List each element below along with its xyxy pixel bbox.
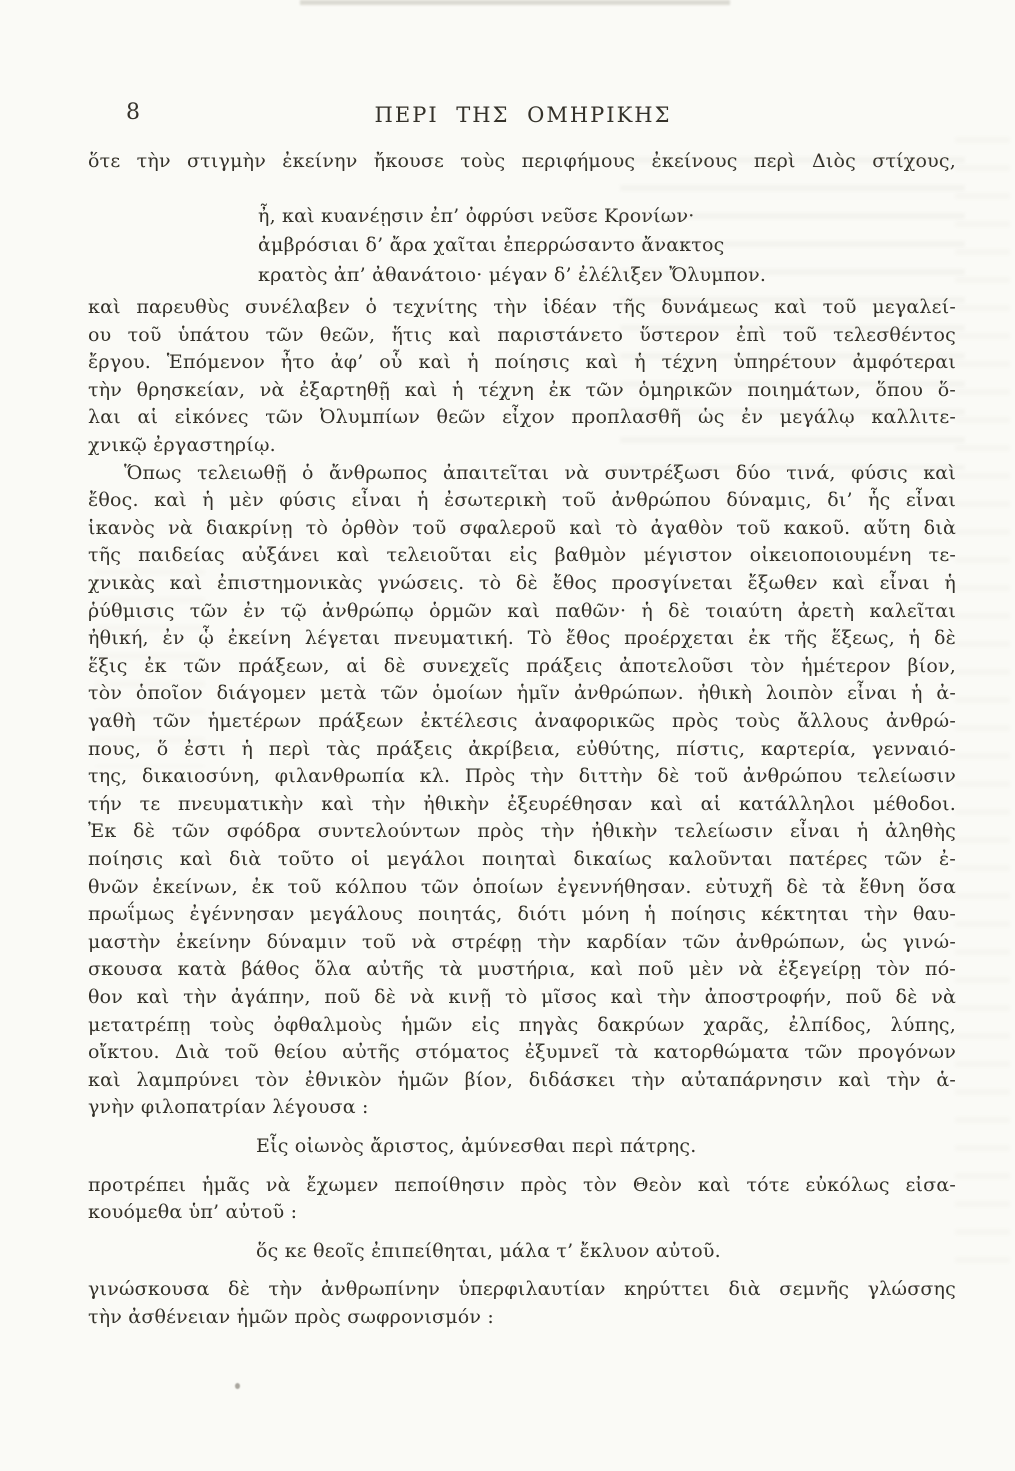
scan-edge-artifact bbox=[300, 0, 730, 5]
text-line: γαθὴ τῶν ἡμετέρων πράξεων ἐκτέλεσις ἀναφ… bbox=[88, 708, 956, 736]
text-line: πους, ὅ ἐστι ἡ περὶ τὰς πράξεις ἀκρίβεια… bbox=[88, 736, 956, 764]
text-line: ἱκανὸς νὰ διακρίνῃ τὸ ὀρθὸν τοῦ σφαλεροῦ… bbox=[88, 515, 956, 543]
text-line: ποίησις καὶ διὰ τοῦτο οἱ μεγάλοι ποιηταὶ… bbox=[88, 846, 956, 874]
text-line: της, δικαιοσύνη, φιλανθρωπία κλ. Πρὸς τὴ… bbox=[88, 763, 956, 791]
text-line: ὅτε τὴν στιγμὴν ἐκείνην ἤκουσε τοὺς περι… bbox=[88, 148, 956, 176]
text-line: κουόμεθα ὑπ’ αὐτοῦ : bbox=[88, 1199, 956, 1227]
text-line: χνικὰς καὶ ἐπιστημονικὰς γνώσεις. τὸ δὲ … bbox=[88, 570, 956, 598]
text-line: οἴκτου. Διὰ τοῦ θείου αὐτῆς στόματος ἐξυ… bbox=[88, 1039, 956, 1067]
text-line: τὴν θρησκείαν, νὰ ἐξαρτηθῇ καὶ ἡ τέχνη ἐ… bbox=[88, 377, 956, 405]
text-line: τὸν ὁποῖον διάγομεν μετὰ τῶν ὁμοίων ἡμῖν… bbox=[88, 680, 956, 708]
text-line: ἦ, καὶ κυανέῃσιν ἐπ’ ὀφρύσι νεῦσε Κρονίω… bbox=[258, 202, 956, 232]
text-line: ἔργου. Ἑπόμενον ἦτο ἀφ’ οὗ καὶ ἡ ποίησις… bbox=[88, 349, 956, 377]
paragraph-block: προτρέπει ἡμᾶς νὰ ἔχωμεν πεποίθησιν πρὸς… bbox=[88, 1172, 956, 1227]
running-title: ΠΕΡΙ ΤΗΣ ΟΜΗΡΙΚΗΣ bbox=[90, 103, 956, 127]
text-line: θνῶν ἐκείνων, ἐκ τοῦ κόλπου τῶν ὁποίων ἐ… bbox=[88, 874, 956, 902]
text-line: κρατὸς ἀπ’ ἀθανάτοιο· μέγαν δ’ ἐλέλιξεν … bbox=[258, 261, 956, 291]
text-line: ἔθος. καὶ ἡ μὲν φύσις εἶναι ἡ ἐσωτερικὴ … bbox=[88, 487, 956, 515]
text-line: ῥύθμισις τῶν ἐν τῷ ἀνθρώπῳ ὁρμῶν καὶ παθ… bbox=[88, 598, 956, 626]
quote-block: Εἷς οἰωνὸς ἄριστος, ἀμύνεσθαι περὶ πάτρη… bbox=[256, 1133, 956, 1161]
text-line: προτρέπει ἡμᾶς νὰ ἔχωμεν πεποίθησιν πρὸς… bbox=[88, 1172, 956, 1200]
text-line: θον καὶ τὴν ἀγάπην, ποῦ δὲ νὰ κινῇ τὸ μῖ… bbox=[88, 984, 956, 1012]
text-line: καὶ λαμπρύνει τὸν ἐθνικὸν ἡμῶν βίον, διδ… bbox=[88, 1067, 956, 1095]
text-line: λαι αἱ εἰκόνες τῶν Ὀλυμπίων θεῶν εἶχον π… bbox=[88, 404, 956, 432]
quote-block: ὅς κε θεοῖς ἐπιπείθηται, μάλα τ’ ἔκλυον … bbox=[256, 1238, 956, 1266]
text-line: ἀμβρόσιαι δ’ ἄρα χαῖται ἐπερρώσαντο ἄνακ… bbox=[258, 231, 956, 261]
scan-bleedthrough-artifact bbox=[955, 120, 1010, 1270]
text-line: τήν τε πνευματικὴν καὶ τὴν ἠθικὴν ἐξευρέ… bbox=[88, 791, 956, 819]
text-line: ου τοῦ ὑπάτου τῶν θεῶν, ἥτις καὶ παριστά… bbox=[88, 322, 956, 350]
text-line: μαστὴν ἐκείνην δύναμιν τοῦ νὰ στρέφῃ τὴν… bbox=[88, 929, 956, 957]
text-line: τῆς παιδείας αὐξάνει καὶ τελειοῦται εἰς … bbox=[88, 542, 956, 570]
paragraph-block: καὶ παρευθὺς συνέλαβεν ὁ τεχνίτης τὴν ἰδ… bbox=[88, 294, 956, 460]
text-line: Ἐκ δὲ τῶν σφόδρα συντελούντων πρὸς τὴν ἠ… bbox=[88, 818, 956, 846]
text-line: καὶ παρευθὺς συνέλαβεν ὁ τεχνίτης τὴν ἰδ… bbox=[88, 294, 956, 322]
text-line: σκουσα κατὰ βάθος ὅλα αὐτῆς τὰ μυστήρια,… bbox=[88, 956, 956, 984]
text-line: γνὴν φιλοπατρίαν λέγουσα : bbox=[88, 1094, 956, 1122]
paragraph-block: γινώσκουσα δὲ τὴν ἀνθρωπίνην ὑπερφιλαυτί… bbox=[88, 1276, 956, 1331]
text-line: τὴν ἀσθένειαν ἡμῶν πρὸς σωφρονισμόν : bbox=[88, 1304, 956, 1332]
text-line: χνικῷ ἐργαστηρίῳ. bbox=[88, 432, 956, 460]
book-page: 8 ΠΕΡΙ ΤΗΣ ΟΜΗΡΙΚΗΣ ὅτε τὴν στιγμὴν ἐκεί… bbox=[0, 0, 1015, 1471]
text-line: Εἷς οἰωνὸς ἄριστος, ἀμύνεσθαι περὶ πάτρη… bbox=[256, 1133, 956, 1161]
paragraph-block: Ὅπως τελειωθῇ ὁ ἄνθρωπος ἀπαιτεῖται νὰ σ… bbox=[88, 460, 956, 1122]
paragraph-block: ὅτε τὴν στιγμὴν ἐκείνην ἤκουσε τοὺς περι… bbox=[88, 148, 956, 176]
text-line: μετατρέπῃ τοὺς ὀφθαλμοὺς ἡμῶν εἰς πηγὰς … bbox=[88, 1012, 956, 1040]
scan-speck-artifact bbox=[235, 1383, 240, 1389]
text-line: γινώσκουσα δὲ τὴν ἀνθρωπίνην ὑπερφιλαυτί… bbox=[88, 1276, 956, 1304]
page-body: ὅτε τὴν στιγμὴν ἐκείνην ἤκουσε τοὺς περι… bbox=[88, 148, 956, 1331]
text-line: ἕξις ἐκ τῶν πράξεων, αἱ δὲ συνεχεῖς πράξ… bbox=[88, 653, 956, 681]
text-line: πρωΐμως ἐγέννησαν μεγάλους ποιητάς, διότ… bbox=[88, 901, 956, 929]
text-line: ὅς κε θεοῖς ἐπιπείθηται, μάλα τ’ ἔκλυον … bbox=[256, 1238, 956, 1266]
text-line: Ὅπως τελειωθῇ ὁ ἄνθρωπος ἀπαιτεῖται νὰ σ… bbox=[88, 460, 956, 488]
verse-block: ἦ, καὶ κυανέῃσιν ἐπ’ ὀφρύσι νεῦσε Κρονίω… bbox=[258, 202, 956, 291]
text-line: ἠθική, ἐν ᾧ ἐκείνη λέγεται πνευματική. Τ… bbox=[88, 625, 956, 653]
